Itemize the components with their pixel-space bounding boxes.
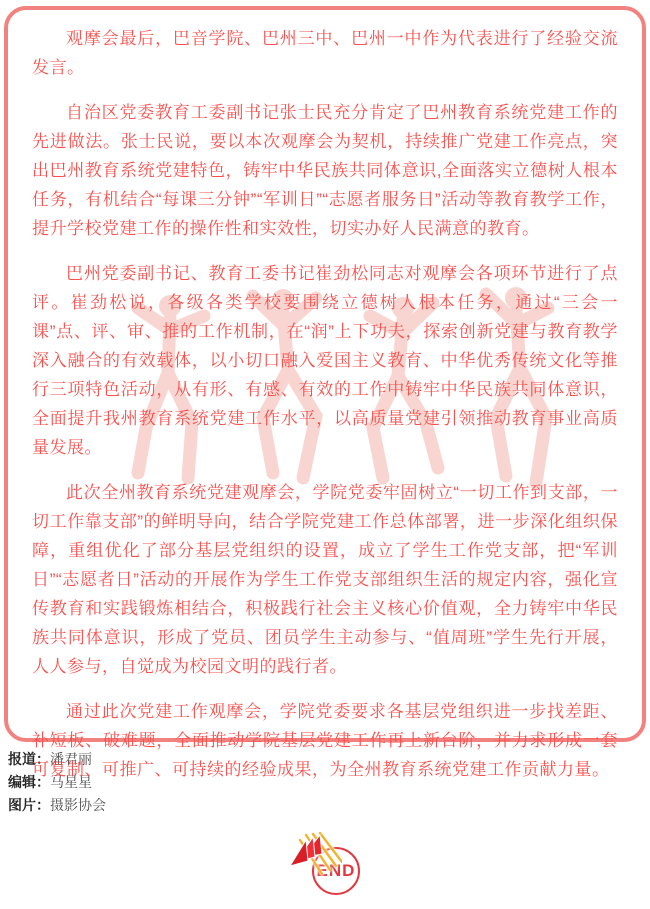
credit-photo-label: 图片： bbox=[8, 797, 50, 813]
article-paragraph: 通过此次党建工作观摩会，学院党委要求各基层党组织进一步找差距、补短板、破难题，全… bbox=[32, 697, 618, 784]
flags-icon bbox=[286, 832, 342, 888]
article-card: 观摩会最后，巴音学院、巴州三中、巴州一中作为代表进行了经验交流发言。 自治区党委… bbox=[4, 6, 646, 742]
article-paragraph: 巴州党委副书记、教育工委书记崔劲松同志对观摩会各项环节进行了点评。崔劲松说，各级… bbox=[32, 259, 618, 462]
page: 观摩会最后，巴音学院、巴州三中、巴州一中作为代表进行了经验交流发言。 自治区党委… bbox=[0, 0, 650, 909]
article-paragraph: 此次全州教育系统党建观摩会，学院党委牢固树立“一切工作到支部，一切工作靠支部”的… bbox=[32, 478, 618, 681]
article-paragraph: 观摩会最后，巴音学院、巴州三中、巴州一中作为代表进行了经验交流发言。 bbox=[32, 24, 618, 82]
end-badge: END bbox=[286, 832, 386, 902]
credit-photo: 图片：摄影协会 bbox=[8, 794, 106, 817]
article-body: 观摩会最后，巴音学院、巴州三中、巴州一中作为代表进行了经验交流发言。 自治区党委… bbox=[32, 24, 618, 784]
credit-photo-value: 摄影协会 bbox=[50, 797, 106, 813]
article-paragraph: 自治区党委教育工委副书记张士民充分肯定了巴州教育系统党建工作的先进做法。张士民说… bbox=[32, 98, 618, 243]
